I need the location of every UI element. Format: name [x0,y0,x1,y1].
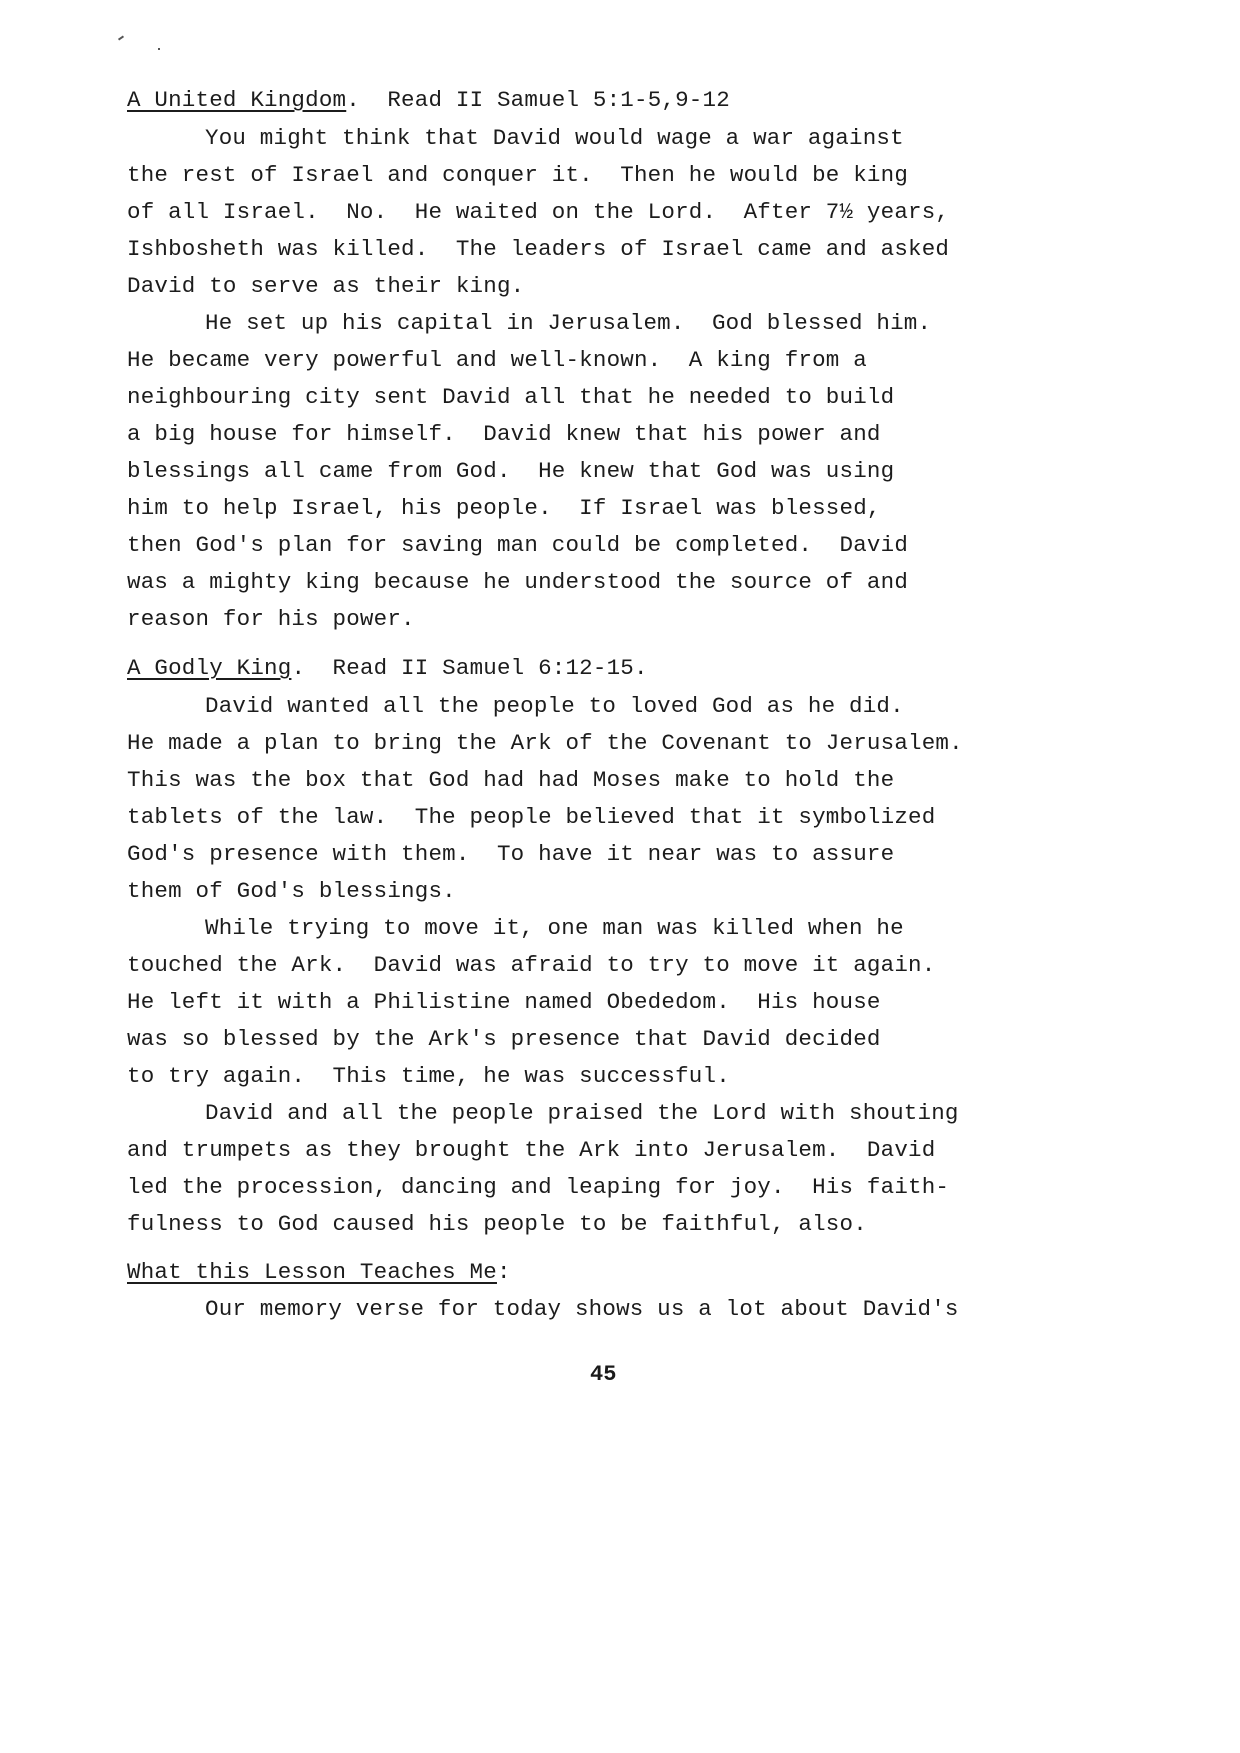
text-line: Ishbosheth was killed. The leaders of Is… [127,235,949,263]
page-number: 45 [590,1362,616,1387]
text-line: and trumpets as they brought the Ark int… [127,1136,935,1164]
text-line: a big house for himself. David knew that… [127,420,881,448]
text-line: God's presence with them. To have it nea… [127,840,894,868]
text-line: Our memory verse for today shows us a lo… [205,1295,959,1323]
text-line: David wanted all the people to loved God… [205,692,904,720]
document-page: A United Kingdom. Read II Samuel 5:1-5,9… [0,0,1240,1753]
text-line: He set up his capital in Jerusalem. God … [205,309,931,337]
text-line: was so blessed by the Ark's presence tha… [127,1025,881,1053]
text-line: the rest of Israel and conquer it. Then … [127,161,908,189]
text-line: led the procession, dancing and leaping … [127,1173,949,1201]
heading-title: What this Lesson Teaches Me [127,1259,497,1285]
text-line: David and all the people praised the Lor… [205,1099,959,1127]
text-line: to try again. This time, he was successf… [127,1062,730,1090]
text-line: David to serve as their king. [127,272,524,300]
section-heading-lesson-teaches: What this Lesson Teaches Me: [127,1258,511,1286]
text-line: You might think that David would wage a … [205,124,904,152]
heading-title: A Godly King [127,655,291,681]
text-line: While trying to move it, one man was kil… [205,914,904,942]
text-line: was a mighty king because he understood … [127,568,908,596]
text-line: He became very powerful and well-known. … [127,346,867,374]
text-line: He made a plan to bring the Ark of the C… [127,729,963,757]
text-line: reason for his power. [127,605,415,633]
text-line: then God's plan for saving man could be … [127,531,908,559]
heading-reference: . Read II Samuel 6:12-15. [291,655,647,681]
text-line: fulness to God caused his people to be f… [127,1210,867,1238]
text-line: blessings all came from God. He knew tha… [127,457,894,485]
heading-suffix: : [497,1259,511,1285]
text-line: This was the box that God had had Moses … [127,766,894,794]
scan-speck [158,48,160,50]
text-line: them of God's blessings. [127,877,456,905]
heading-reference: . Read II Samuel 5:1-5,9-12 [346,87,730,113]
text-line: He left it with a Philistine named Obede… [127,988,881,1016]
text-line: touched the Ark. David was afraid to try… [127,951,935,979]
text-line: neighbouring city sent David all that he… [127,383,894,411]
heading-title: A United Kingdom [127,87,346,113]
section-heading-united-kingdom: A United Kingdom. Read II Samuel 5:1-5,9… [127,86,730,114]
text-line: of all Israel. No. He waited on the Lord… [127,198,949,226]
section-heading-godly-king: A Godly King. Read II Samuel 6:12-15. [127,654,648,682]
text-line: tablets of the law. The people believed … [127,803,935,831]
scan-speck [118,35,124,40]
text-line: him to help Israel, his people. If Israe… [127,494,881,522]
